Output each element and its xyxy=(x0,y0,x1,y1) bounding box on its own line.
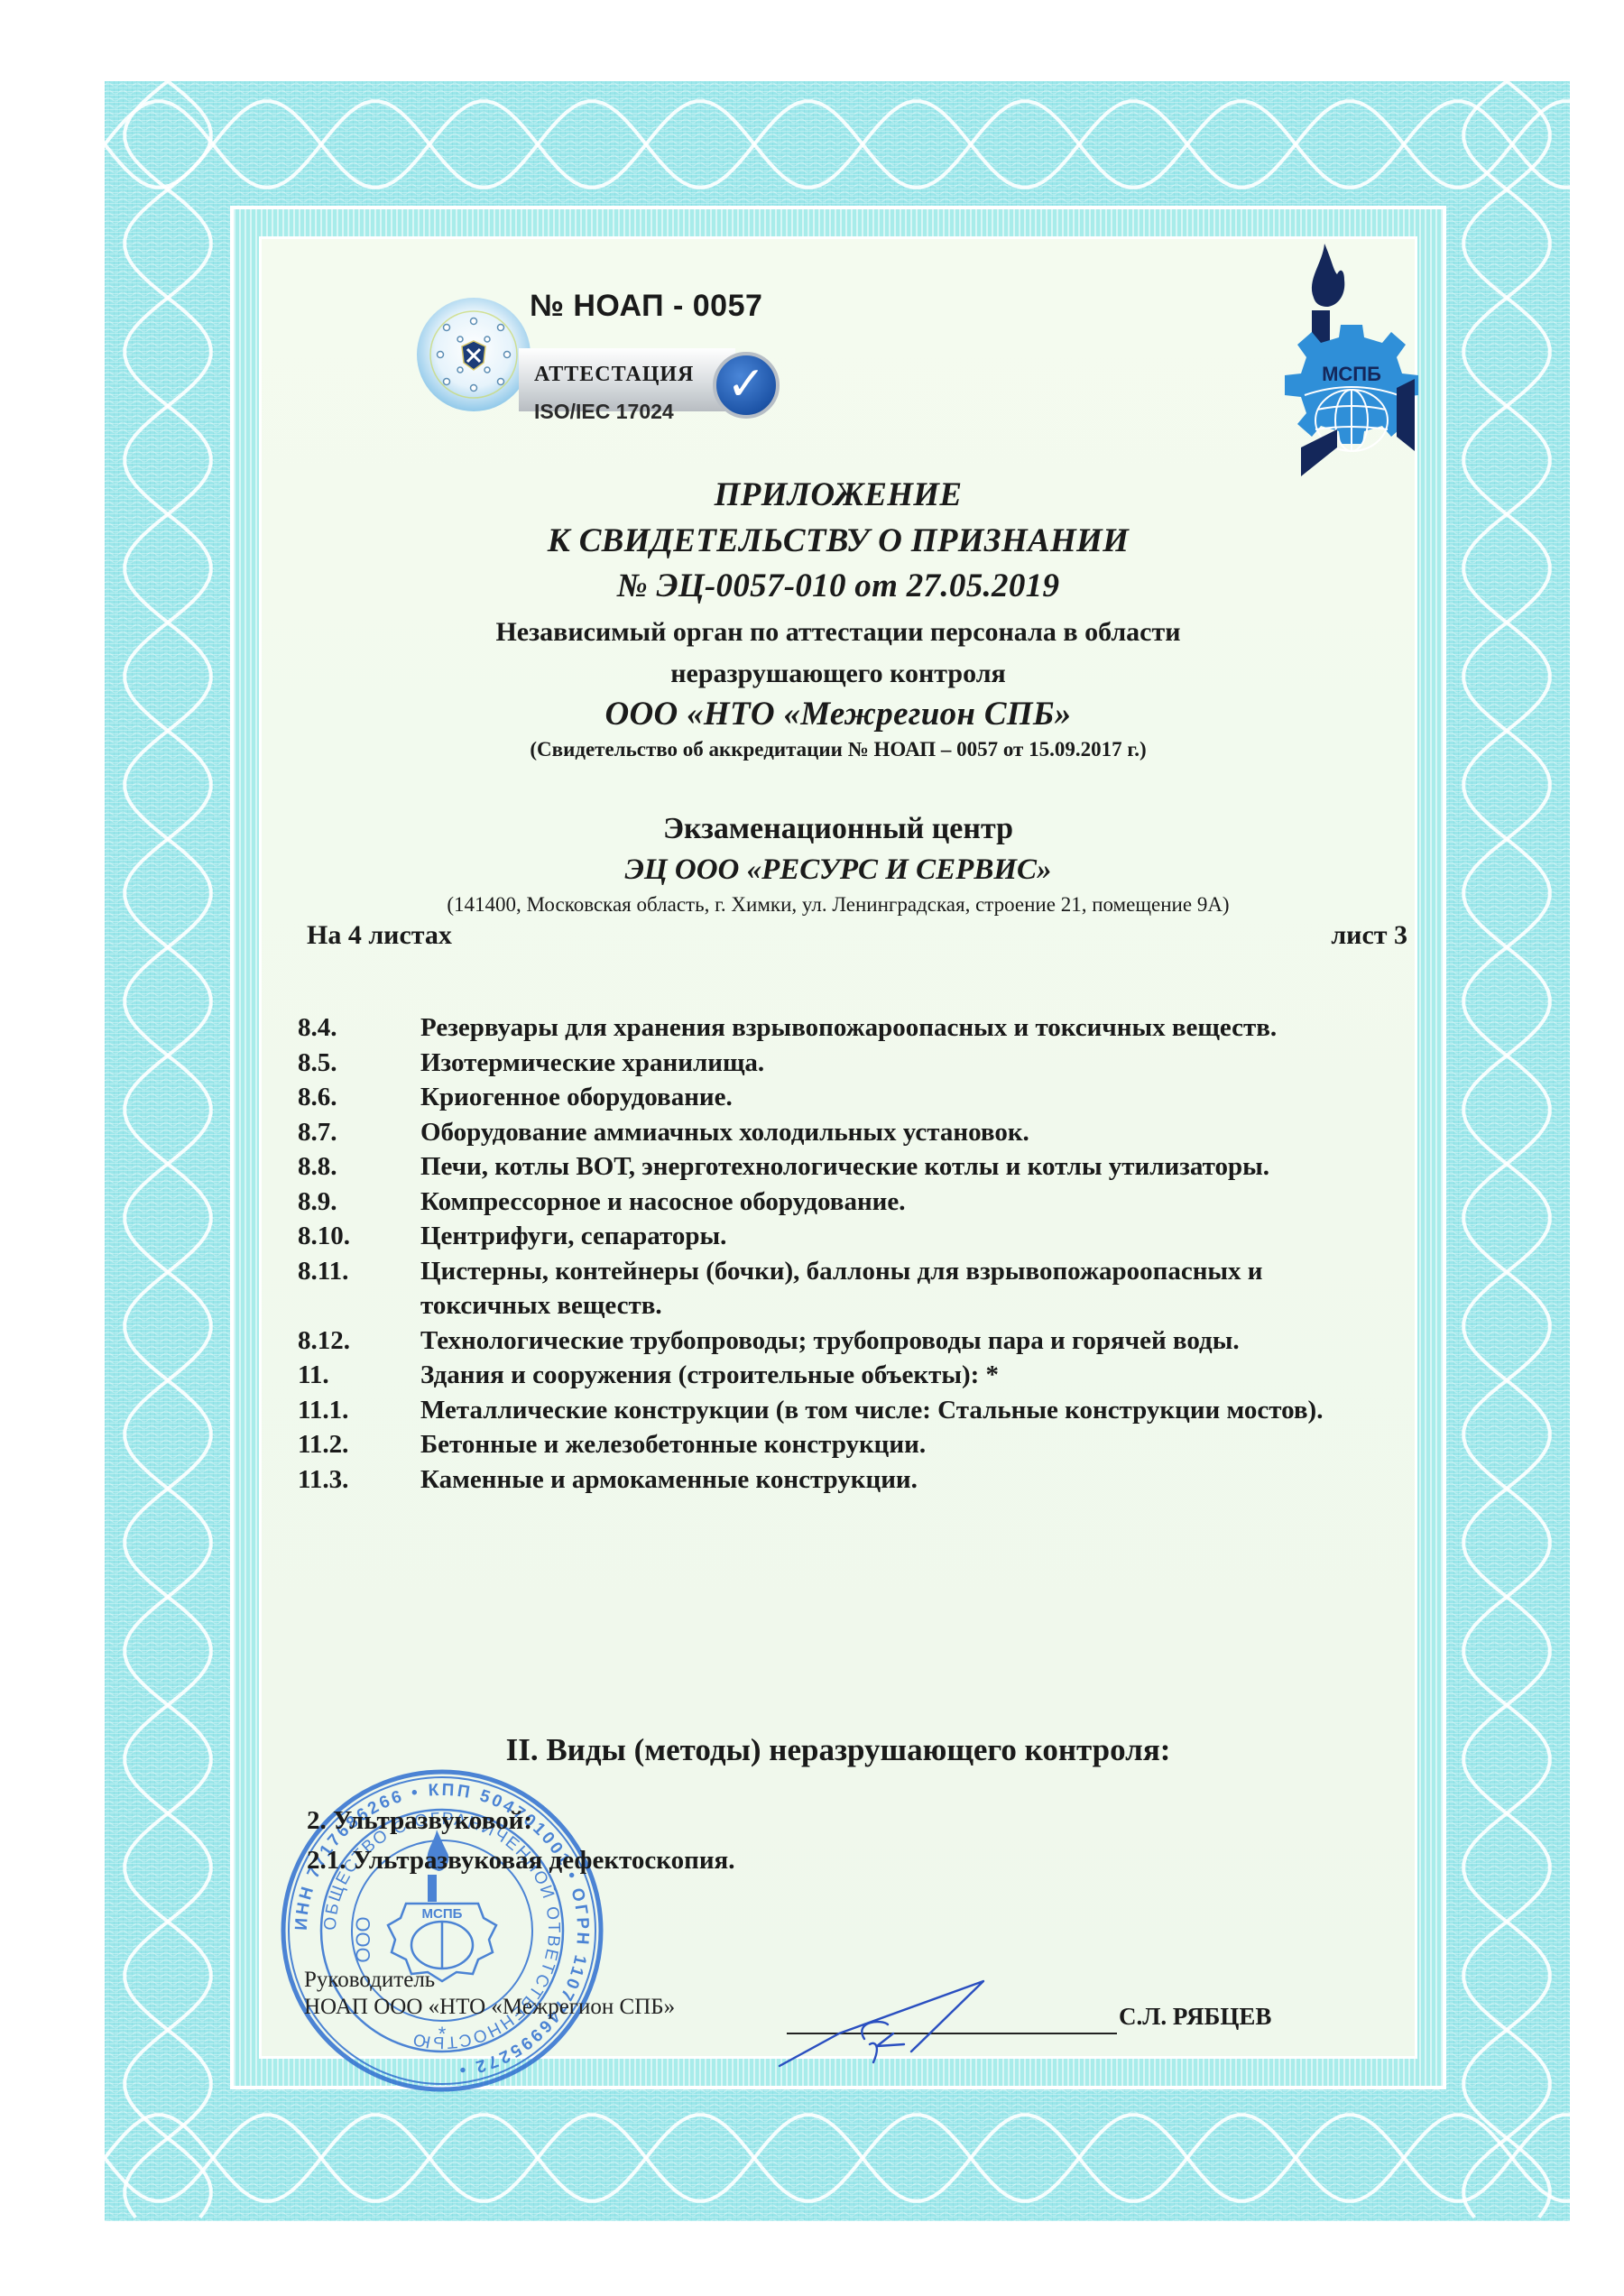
noap-accreditation-logo: № НОАП - 0057 АТТЕСТАЦИЯ ISO/IEC 17024 ✓ xyxy=(397,271,794,433)
item-text: Бетонные и железобетонные конструкции. xyxy=(420,1427,1407,1462)
signatory-name: С.Л. РЯБЦЕВ xyxy=(1119,2003,1271,2031)
body-line2: неразрушающего контроля xyxy=(259,659,1417,689)
item-text: Технологические трубопроводы; трубопрово… xyxy=(420,1323,1407,1359)
item-text: Цистерны, контейнеры (бочки), баллоны дл… xyxy=(420,1254,1407,1323)
item-text: Оборудование аммиачных холодильных устан… xyxy=(420,1115,1407,1150)
gear-globe-flame-icon: МСПБ xyxy=(1279,244,1424,478)
list-item: 8.8.Печи, котлы ВОТ, энерготехнологическ… xyxy=(298,1149,1407,1185)
doc-title-line2: К СВИДЕТЕЛЬСТВУ О ПРИЗНАНИИ xyxy=(259,521,1417,560)
list-item: 11.Здания и сооружения (строительные объ… xyxy=(298,1358,1407,1393)
svg-text:МСПБ: МСПБ xyxy=(1322,363,1381,385)
item-text: Каменные и армокаменные конструкции. xyxy=(420,1462,1407,1498)
item-number: 8.10. xyxy=(298,1219,420,1254)
handwritten-signature xyxy=(776,1958,1010,2075)
svg-text:*: * xyxy=(438,2023,447,2045)
list-item: 8.10.Центрифуги, сепараторы. xyxy=(298,1219,1407,1254)
list-item: 8.7.Оборудование аммиачных холодильных у… xyxy=(298,1115,1407,1150)
submethod-ultrasonic-flaw-detection: 2.1. Ультразвуковая дефектоскопия. xyxy=(307,1846,734,1876)
signatory-role-line1: Руководитель xyxy=(304,1967,675,1994)
signatory-role-line2: НОАП ООО «НТО «Межрегион СПБ» xyxy=(304,1994,675,2021)
item-text: Печи, котлы ВОТ, энерготехнологические к… xyxy=(420,1149,1407,1185)
exam-center-address: (141400, Московская область, г. Химки, у… xyxy=(259,893,1417,917)
item-number: 8.11. xyxy=(298,1254,420,1323)
list-item: 8.6.Криогенное оборудование. xyxy=(298,1080,1407,1115)
item-number: 8.9. xyxy=(298,1185,420,1220)
signatory-role: Руководитель НОАП ООО «НТО «Межрегион СП… xyxy=(304,1967,675,2021)
item-number: 8.5. xyxy=(298,1046,420,1081)
item-text: Криогенное оборудование. xyxy=(420,1080,1407,1115)
noap-number: № НОАП - 0057 xyxy=(530,289,762,324)
mspb-logo: МСПБ xyxy=(1279,244,1424,478)
item-text: Компрессорное и насосное оборудование. xyxy=(420,1185,1407,1220)
item-number: 8.8. xyxy=(298,1149,420,1185)
total-sheets: На 4 листах xyxy=(307,920,452,951)
doc-title-number: № ЭЦ-0057-010 от 27.05.2019 xyxy=(259,567,1417,605)
accreditation-note: (Свидетельство об аккредитации № НОАП – … xyxy=(259,738,1417,761)
item-text: Здания и сооружения (строительные объект… xyxy=(420,1358,1407,1393)
list-item: 8.9.Компрессорное и насосное оборудовани… xyxy=(298,1185,1407,1220)
list-item: 8.11.Цистерны, контейнеры (бочки), балло… xyxy=(298,1254,1407,1323)
item-number: 8.7. xyxy=(298,1115,420,1150)
item-number: 11.1. xyxy=(298,1393,420,1428)
objects-list: 8.4.Резервуары для хранения взрывопожаро… xyxy=(298,1010,1407,1497)
list-item: 11.1.Металлические конструкции (в том чи… xyxy=(298,1393,1407,1428)
svg-text:МСПБ: МСПБ xyxy=(422,1906,463,1922)
list-item: 8.5.Изотермические хранилища. xyxy=(298,1046,1407,1081)
svg-text:ООО: ООО xyxy=(352,1916,374,1962)
item-number: 11. xyxy=(298,1358,420,1393)
item-text: Металлические конструкции (в том числе: … xyxy=(420,1393,1407,1428)
item-number: 8.12. xyxy=(298,1323,420,1359)
org-name: ООО «НТО «Межрегион СПБ» xyxy=(259,695,1417,733)
item-text: Центрифуги, сепараторы. xyxy=(420,1219,1407,1254)
item-number: 8.4. xyxy=(298,1010,420,1046)
item-text: Изотермические хранилища. xyxy=(420,1046,1407,1081)
method-ultrasonic: 2. Ультразвуковой: xyxy=(307,1806,532,1836)
list-item: 8.4.Резервуары для хранения взрывопожаро… xyxy=(298,1010,1407,1046)
attestation-label: АТТЕСТАЦИЯ xyxy=(534,363,694,387)
item-number: 8.6. xyxy=(298,1080,420,1115)
item-number: 11.3. xyxy=(298,1462,420,1498)
current-sheet: лист 3 xyxy=(1331,920,1407,951)
doc-title-line1: ПРИЛОЖЕНИЕ xyxy=(259,475,1417,514)
checkmark-icon: ✓ xyxy=(713,352,780,419)
emblem-icon xyxy=(417,298,531,411)
body-line1: Независимый орган по аттестации персонал… xyxy=(259,617,1417,648)
list-item: 11.3.Каменные и армокаменные конструкции… xyxy=(298,1462,1407,1498)
list-item: 8.12.Технологические трубопроводы; трубо… xyxy=(298,1323,1407,1359)
item-number: 11.2. xyxy=(298,1427,420,1462)
exam-center-heading: Экзаменационный центр xyxy=(259,812,1417,846)
exam-center-name: ЭЦ ООО «РЕСУРС И СЕРВИС» xyxy=(259,853,1417,887)
list-item: 11.2.Бетонные и железобетонные конструкц… xyxy=(298,1427,1407,1462)
iso-standard: ISO/IEC 17024 xyxy=(534,400,674,424)
item-text: Резервуары для хранения взрывопожароопас… xyxy=(420,1010,1407,1046)
